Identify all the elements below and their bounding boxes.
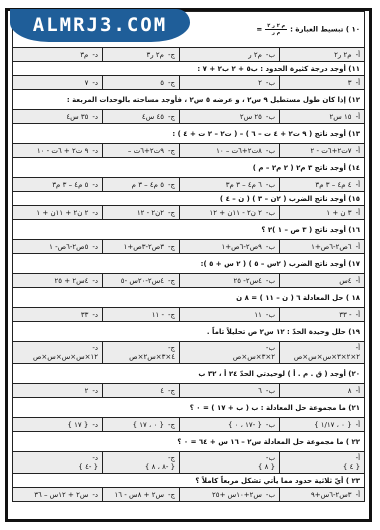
question-label: ٢٠) أوجد ( ق . م . أ ) لوحيدتي الحدّ ٢٤ … (198, 370, 360, 378)
option-a[interactable]: أ-{ ٠ ، ١/١٧ } (280, 418, 365, 432)
option-value: ٤س (339, 277, 351, 285)
option-value: ٧ (85, 79, 89, 87)
option-letter: د- (92, 311, 98, 319)
option-letter: أ- (356, 79, 360, 87)
options-row-q13: أ-٧ت٢+٦ت - ٢ب-٨ت٢+٦ت – ١٠ج-٩ت٢+٦ت –د-٩ ت… (13, 144, 365, 158)
option-value: ٥ (160, 79, 164, 87)
option-c[interactable]: ج-٤٥ س٤ (103, 110, 180, 124)
questions-table: ١٠ ) تبسيط العبارة :م ٢ ر ٢م ر=أ-م٢ ر٢ب-… (12, 11, 365, 502)
question-text: ٢١) ما مجموعة حل المعادلة : ب ( ب + ١٧ )… (13, 398, 365, 418)
option-d[interactable]: د-٣٣ (13, 308, 103, 322)
option-value: { ٤ } (343, 463, 360, 471)
option-value: ٤س٢-٢٠س -٥ (121, 277, 164, 285)
option-letter: ج- (168, 311, 175, 319)
question-label: ١٠ ) تبسيط العبارة : (290, 26, 360, 34)
question-row-q12: ١٢) إذا كان طول مستطيل ٩ س٢ ، و عرضه ٥ س… (13, 90, 365, 110)
option-d[interactable]: د-٢ (13, 384, 103, 398)
option-letter: ب- (266, 311, 275, 319)
option-letter: ج- (168, 147, 175, 155)
option-letter: د- (92, 147, 98, 155)
option-value: ٥ م٤ – ٣ م٣ (52, 181, 88, 189)
option-value: ٦ (258, 387, 262, 395)
option-b[interactable]: ب-٦ م٤ – ٣ م٣ (180, 178, 280, 192)
question-label: ١٩) حلل وحيدة الحدّ : ١٢ س٢ ص تحليلاً تا… (207, 328, 360, 336)
option-value: س٢ + ١٢س – ٣٦ (34, 491, 88, 499)
option-d[interactable]: د-س٢ + ١٢س – ٣٦ (13, 488, 103, 502)
option-c[interactable]: ج-٩ت٢+٦ت – (103, 144, 180, 158)
question-label: ١٧) أوجد ناتج الضرب ( ٢س – ٥ ) ( ٢ س + ٥… (201, 260, 360, 268)
option-value: { ١٧ } (67, 421, 88, 429)
options-row-q12: أ-١٥ س٢ب-٢٥ س٢ج-٤٥ س٤د-٣٥ س٤ (13, 110, 365, 124)
option-value: س٢ + ٨س - ١٦ (115, 491, 164, 499)
option-a[interactable]: أ-٦ص٢-٦ص+١ (280, 240, 365, 254)
option-letter: د- (92, 421, 98, 429)
option-a[interactable]: أ-٣ ن + ١ (280, 206, 365, 220)
option-b[interactable]: ب-٤س٢- ٢٥ (180, 274, 280, 288)
option-value: ٢×٢×٣×س×س×ص (294, 353, 360, 361)
option-letter: ب- (266, 51, 275, 59)
option-letter: أ- (356, 209, 360, 217)
option-letter: أ- (356, 147, 360, 155)
option-value: - ٣٣ (339, 311, 351, 319)
option-letter: ج- (168, 181, 175, 189)
options-row-q15: أ-٣ ن + ١ب-٢ ن٢ - ١١ن + ١٢ج-٢ن٢ - ١٢د-٢ … (13, 206, 365, 220)
option-letter: ب- (266, 277, 275, 285)
option-b[interactable]: ب-٩ص٢-٦ص+١ (180, 240, 280, 254)
question-text: ١٤) أوجد ناتج ٣ م٢ ( ٢ م٢ – م ) (13, 158, 365, 178)
option-letter: د- (92, 79, 98, 87)
option-value: ٨ (348, 387, 352, 395)
option-b[interactable]: ب-٢٥ س٢ (180, 110, 280, 124)
option-c[interactable]: ج-{ ٠ ، ١٧ } (103, 418, 180, 432)
option-value: ١٥ س٢ (329, 113, 351, 121)
option-letter: د- (92, 181, 98, 189)
option-b[interactable]: ب-٢×٣×س×ص (180, 342, 280, 364)
option-letter: ج- (168, 421, 175, 429)
option-value: ٣ ن + ١ (326, 209, 351, 217)
option-c[interactable]: ج-م٢ ر٣ (103, 48, 180, 62)
option-letter: د- (92, 243, 98, 251)
option-letter: ج- (168, 491, 175, 499)
option-letter: أ- (356, 491, 360, 499)
option-value: ٢ (85, 387, 89, 395)
fraction-denominator: م ر (265, 30, 287, 36)
option-d[interactable]: د-٥ص٢-٦ص- ١ (13, 240, 103, 254)
option-value: { ٠ ، ١/١٧ } (314, 421, 352, 429)
options-row-q23: أ-٣س٢-٦س+٩ب-س٢+١٠س +٢٥ج-س٢ + ٨س - ١٦د-س٢… (13, 488, 365, 502)
option-letter: أ- (356, 387, 360, 395)
option-value: ١٢×س×س×س×ص (33, 353, 98, 361)
option-value: ٦ص٢-٦ص+١ (311, 243, 351, 251)
option-value: ٣س٢-٦س+٩ (311, 491, 352, 499)
option-letter: أ- (356, 181, 360, 189)
option-letter: أ- (356, 421, 360, 429)
option-letter: ب- (266, 113, 275, 121)
question-text: ١٦) أوجد ناتج ( ٣ ص – ١ )٢ ؟ (13, 220, 365, 240)
option-letter: ب- (266, 209, 275, 217)
option-d[interactable]: د-٤س٢ + ٢٥ (13, 274, 103, 288)
option-d[interactable]: د-٣٥ س٤ (13, 110, 103, 124)
question-row-q21: ٢١) ما مجموعة حل المعادلة : ب ( ب + ١٧ )… (13, 398, 365, 418)
option-value: ٤٥ س٤ (142, 113, 164, 121)
option-letter: د- (92, 209, 98, 217)
option-value: { ٨ } (258, 463, 275, 471)
option-letter: ب- (266, 421, 275, 429)
option-letter: أ- (356, 454, 360, 462)
question-label: ١٨ ) حل المعادلة ٦ ( ن – ١١ ) = ٨ ن (236, 294, 360, 302)
option-d[interactable]: د-٩ ت٢ + ٦ت - ١٠ (13, 144, 103, 158)
option-a[interactable]: أ-٣س٢-٦س+٩ (280, 488, 365, 502)
option-letter: ب- (266, 491, 275, 499)
option-a[interactable]: أ-{ ٤ } (280, 452, 365, 474)
option-b[interactable]: ب-م٢ ر (180, 48, 280, 62)
option-b[interactable]: ب-٦ (180, 384, 280, 398)
option-value: ٣٣ (81, 311, 89, 319)
option-letter: أ- (356, 51, 360, 59)
option-d[interactable]: د-٢ ن٢ + ١١ن + ١ (13, 206, 103, 220)
option-value: م٢ ر (248, 51, 262, 59)
option-value: ٩ت٢+٦ت – (128, 147, 164, 155)
option-letter: د- (92, 387, 98, 395)
option-value: ٩ص٢-٦ص+١ (222, 243, 262, 251)
question-label: ١١) أوجد درجة كثيرة الحدود : ب٥ + ٢ ب٢ +… (197, 65, 360, 73)
option-letter: ج- (168, 454, 175, 462)
option-a[interactable]: أ-٧ت٢+٦ت - ٢ (280, 144, 365, 158)
question-text: ١٣) أوجد ناتج ( ٩ ت٢ + ٤ ت – ٦ ) – ( ت٢ … (13, 124, 365, 144)
question-text: ٢٢ ) ما مجموعة حل المعادلة س٢ – ١٦ س + ٦… (13, 432, 365, 452)
option-value: ٧ت٢+٦ت - ٢ (310, 147, 351, 155)
options-row-q14: أ-٤ م٤ – ٣ م٣ب-٦ م٤ – ٣ م٣ج-٥ م٤ – ٣ مد-… (13, 178, 365, 192)
options-row-q21: أ-{ ٠ ، ١/١٧ }ب-{ -١٧ ، ٠ }ج-{ ٠ ، ١٧ }د… (13, 418, 365, 432)
option-value: { -٤ } (78, 463, 98, 471)
option-d[interactable]: د-{ -٤ } (13, 452, 103, 474)
option-letter: أ- (356, 113, 360, 121)
question-row-q15: ١٥) أوجد ناتج الضرب ( ٢ن – ٣ ) ( ن – ٤ ) (13, 192, 365, 206)
option-b[interactable]: ب-{ -١٧ ، ٠ } (180, 418, 280, 432)
option-b[interactable]: ب-٨ت٢+٦ت – ١٠ (180, 144, 280, 158)
option-letter: ج- (168, 344, 175, 352)
option-c[interactable]: ج-٥ (103, 76, 180, 90)
option-value: ٩ ت٢ + ٦ت - ١٠ (37, 147, 89, 155)
option-a[interactable]: أ-١٥ س٢ (280, 110, 365, 124)
question-text: ١٧) أوجد ناتج الضرب ( ٢س – ٥ ) ( ٢ س + ٥… (13, 254, 365, 274)
question-label: ٢١) ما مجموعة حل المعادلة : ب ( ب + ١٧ )… (190, 404, 360, 412)
option-letter: د- (92, 491, 98, 499)
question-row-q14: ١٤) أوجد ناتج ٣ م٢ ( ٢ م٢ – م ) (13, 158, 365, 178)
option-letter: أ- (356, 277, 360, 285)
options-row-q17: أ-٤سب-٤س٢- ٢٥ج-٤س٢-٢٠س -٥د-٤س٢ + ٢٥ (13, 274, 365, 288)
option-c[interactable]: ج-{ -٨ ، ٨ } (103, 452, 180, 474)
option-d[interactable]: د-٧ (13, 76, 103, 90)
question-text: ٢٠) أوجد ( ق . م . أ ) لوحيدتي الحدّ ٢٤ … (13, 364, 365, 384)
option-a[interactable]: أ-٢×٢×٣×س×س×ص (280, 342, 365, 364)
question-text: ٢٣ ) أيّ ثلاثية حدود مما يأتي تشكل مربعا… (13, 474, 365, 488)
options-row-q10: أ-م٢ ر٢ب-م٢ رج-م٢ ر٣د-م٣ (13, 48, 365, 62)
fraction-numerator: م ٢ ر ٢ (265, 23, 287, 30)
option-letter: د- (92, 277, 98, 285)
option-letter: ج- (168, 387, 175, 395)
option-letter: د- (92, 344, 98, 352)
option-value: ١١ (254, 311, 262, 319)
option-a[interactable]: أ-٤س (280, 274, 365, 288)
option-letter: ج- (168, 209, 175, 217)
question-label: ٢٢ ) ما مجموعة حل المعادلة س٢ – ١٦ س + ٦… (177, 438, 360, 446)
option-value: ٣ص٢-٣ص+١ (124, 243, 164, 251)
option-value: ٣ (348, 79, 352, 87)
question-row-q20: ٢٠) أوجد ( ق . م . أ ) لوحيدتي الحدّ ٢٤ … (13, 364, 365, 384)
options-row-q11: أ-٣ب-٢ج-٥د-٧ (13, 76, 365, 90)
option-value: { -١٧ ، ٠ } (228, 421, 262, 429)
option-value: { -٨ ، ٨ } (145, 463, 175, 471)
question-row-q18: ١٨ ) حل المعادلة ٦ ( ن – ١١ ) = ٨ ن (13, 288, 365, 308)
option-d[interactable]: د-٥ م٤ – ٣ م٣ (13, 178, 103, 192)
option-letter: د- (92, 454, 98, 462)
option-a[interactable]: أ-٤ م٤ – ٣ م٣ (280, 178, 365, 192)
question-label: ١٣) أوجد ناتج ( ٩ ت٢ + ٤ ت – ٦ ) – ( ت٢ … (172, 130, 360, 138)
option-letter: ب- (266, 147, 275, 155)
question-row-q19: ١٩) حلل وحيدة الحدّ : ١٢ س٢ ص تحليلاً تا… (13, 322, 365, 342)
question-text: ١٥) أوجد ناتج الضرب ( ٢ن – ٣ ) ( ن – ٤ ) (13, 192, 365, 206)
option-value: - ١١ (152, 311, 164, 319)
option-letter: ب- (266, 79, 275, 87)
option-value: م٢ ر٣ (147, 51, 164, 59)
option-letter: ج- (168, 113, 175, 121)
options-row-q19: أ-٢×٢×٣×س×س×صب-٢×٣×س×صج-٤×٣×س٢×صد-١٢×س×س… (13, 342, 365, 364)
option-b[interactable]: ب-س٢+١٠س +٢٥ (180, 488, 280, 502)
option-letter: ج- (168, 243, 175, 251)
question-row-q17: ١٧) أوجد ناتج الضرب ( ٢س – ٥ ) ( ٢ س + ٥… (13, 254, 365, 274)
question-row-q22: ٢٢ ) ما مجموعة حل المعادلة س٢ – ١٦ س + ٦… (13, 432, 365, 452)
option-value: ٤ (160, 387, 164, 395)
question-label: ١٢) إذا كان طول مستطيل ٩ س٢ ، و عرضه ٥ س… (67, 96, 360, 104)
option-letter: أ- (356, 311, 360, 319)
question-text: ١١) أوجد درجة كثيرة الحدود : ب٥ + ٢ ب٢ +… (13, 62, 365, 76)
options-row-q20: أ-٨ب-٦ج-٤د-٢ (13, 384, 365, 398)
option-value: س٢+١٠س +٢٥ (212, 491, 262, 499)
option-d[interactable]: د-{ ١٧ } (13, 418, 103, 432)
option-b[interactable]: ب-{ ٨ } (180, 452, 280, 474)
question-row-q13: ١٣) أوجد ناتج ( ٩ ت٢ + ٤ ت – ٦ ) – ( ت٢ … (13, 124, 365, 144)
option-value: ٢×٣×س×ص (233, 353, 275, 361)
option-letter: ب- (266, 344, 275, 352)
option-value: ٢ن٢ - ١٢ (137, 209, 164, 217)
option-a[interactable]: أ-٣ (280, 76, 365, 90)
option-value: ٤س٢ + ٢٥ (54, 277, 88, 285)
option-value: م٢ ر٢ (334, 51, 351, 59)
option-value: { ٠ ، ١٧ } (133, 421, 164, 429)
option-value: ٦ م٤ – ٣ م٣ (226, 181, 262, 189)
option-letter: ج- (168, 79, 175, 87)
option-b[interactable]: ب-١١ (180, 308, 280, 322)
question-label: ١٤) أوجد ناتج ٣ م٢ ( ٢ م٢ – م ) (253, 164, 360, 172)
option-letter: ج- (168, 51, 175, 59)
option-c[interactable]: ج-- ١١ (103, 308, 180, 322)
option-letter: ب- (266, 454, 275, 462)
option-value: ٢ ن٢ + ١١ن + ١ (36, 209, 88, 217)
option-value: ٥ م٤ – ٣ م (132, 181, 164, 189)
option-b[interactable]: ب-٢ ن٢ - ١١ن + ١٢ (180, 206, 280, 220)
option-d[interactable]: د-١٢×س×س×س×ص (13, 342, 103, 364)
option-value: ٥ص٢-٦ص- ١ (49, 243, 88, 251)
option-c[interactable]: ج-٣ص٢-٣ص+١ (103, 240, 180, 254)
question-label: ١٥) أوجد ناتج الضرب ( ٢ن – ٣ ) ( ن – ٤ ) (220, 195, 360, 203)
option-value: ٣٥ س٤ (66, 113, 88, 121)
option-d[interactable]: د-م٣ (13, 48, 103, 62)
option-letter: ب- (266, 181, 275, 189)
option-letter: ب- (266, 243, 275, 251)
option-a[interactable]: أ-م٢ ر٢ (280, 48, 365, 62)
options-row-q18: أ-- ٣٣ب-١١ج-- ١١د-٣٣ (13, 308, 365, 322)
option-a[interactable]: أ-- ٣٣ (280, 308, 365, 322)
option-value: ٢ (258, 79, 262, 87)
question-row-q11: ١١) أوجد درجة كثيرة الحدود : ب٥ + ٢ ب٢ +… (13, 62, 365, 76)
option-letter: أ- (356, 243, 360, 251)
option-letter: ب- (266, 387, 275, 395)
option-letter: ج- (168, 277, 175, 285)
option-a[interactable]: أ-٨ (280, 384, 365, 398)
option-c[interactable]: ج-٢ن٢ - ١٢ (103, 206, 180, 220)
option-value: ٤×٣×س٢×ص (129, 353, 175, 361)
option-c[interactable]: ج-٤ (103, 384, 180, 398)
site-logo: ALMRJ3.COM (10, 9, 190, 42)
fraction: م ٢ ر ٢م ر (265, 23, 287, 36)
option-c[interactable]: ج-٥ م٤ – ٣ م (103, 178, 180, 192)
options-row-q22: أ-{ ٤ }ب-{ ٨ }ج-{ -٨ ، ٨ }د-{ -٤ } (13, 452, 365, 474)
option-value: ٤ م٤ – ٣ م٣ (315, 181, 351, 189)
option-letter: د- (92, 51, 98, 59)
option-value: ٨ت٢+٦ت – ١٠ (216, 147, 262, 155)
question-label: ١٦) أوجد ناتج ( ٣ ص – ١ )٢ ؟ (261, 226, 360, 234)
options-row-q16: أ-٦ص٢-٦ص+١ب-٩ص٢-٦ص+١ج-٣ص٢-٣ص+١د-٥ص٢-٦ص- … (13, 240, 365, 254)
option-value: ٢٥ س٢ (240, 113, 262, 121)
question-text: ١٢) إذا كان طول مستطيل ٩ س٢ ، و عرضه ٥ س… (13, 90, 365, 110)
question-row-q23: ٢٣ ) أيّ ثلاثية حدود مما يأتي تشكل مربعا… (13, 474, 365, 488)
question-text: ١٩) حلل وحيدة الحدّ : ١٢ س٢ ص تحليلاً تا… (13, 322, 365, 342)
option-c[interactable]: ج-س٢ + ٨س - ١٦ (103, 488, 180, 502)
option-value: ٢ ن٢ - ١١ن + ١٢ (210, 209, 262, 217)
option-c[interactable]: ج-٤×٣×س٢×ص (103, 342, 180, 364)
option-letter: د- (92, 113, 98, 121)
option-letter: أ- (356, 344, 360, 352)
option-value: م٣ (80, 51, 88, 59)
question-row-q16: ١٦) أوجد ناتج ( ٣ ص – ١ )٢ ؟ (13, 220, 365, 240)
option-value: ٤س٢- ٢٥ (234, 277, 262, 285)
question-text: ١٨ ) حل المعادلة ٦ ( ن – ١١ ) = ٨ ن (13, 288, 365, 308)
question-label: ٢٣ ) أيّ ثلاثية حدود مما يأتي تشكل مربعا… (195, 477, 360, 485)
option-c[interactable]: ج-٤س٢-٢٠س -٥ (103, 274, 180, 288)
option-b[interactable]: ب-٢ (180, 76, 280, 90)
equals-sign: = (256, 26, 262, 34)
